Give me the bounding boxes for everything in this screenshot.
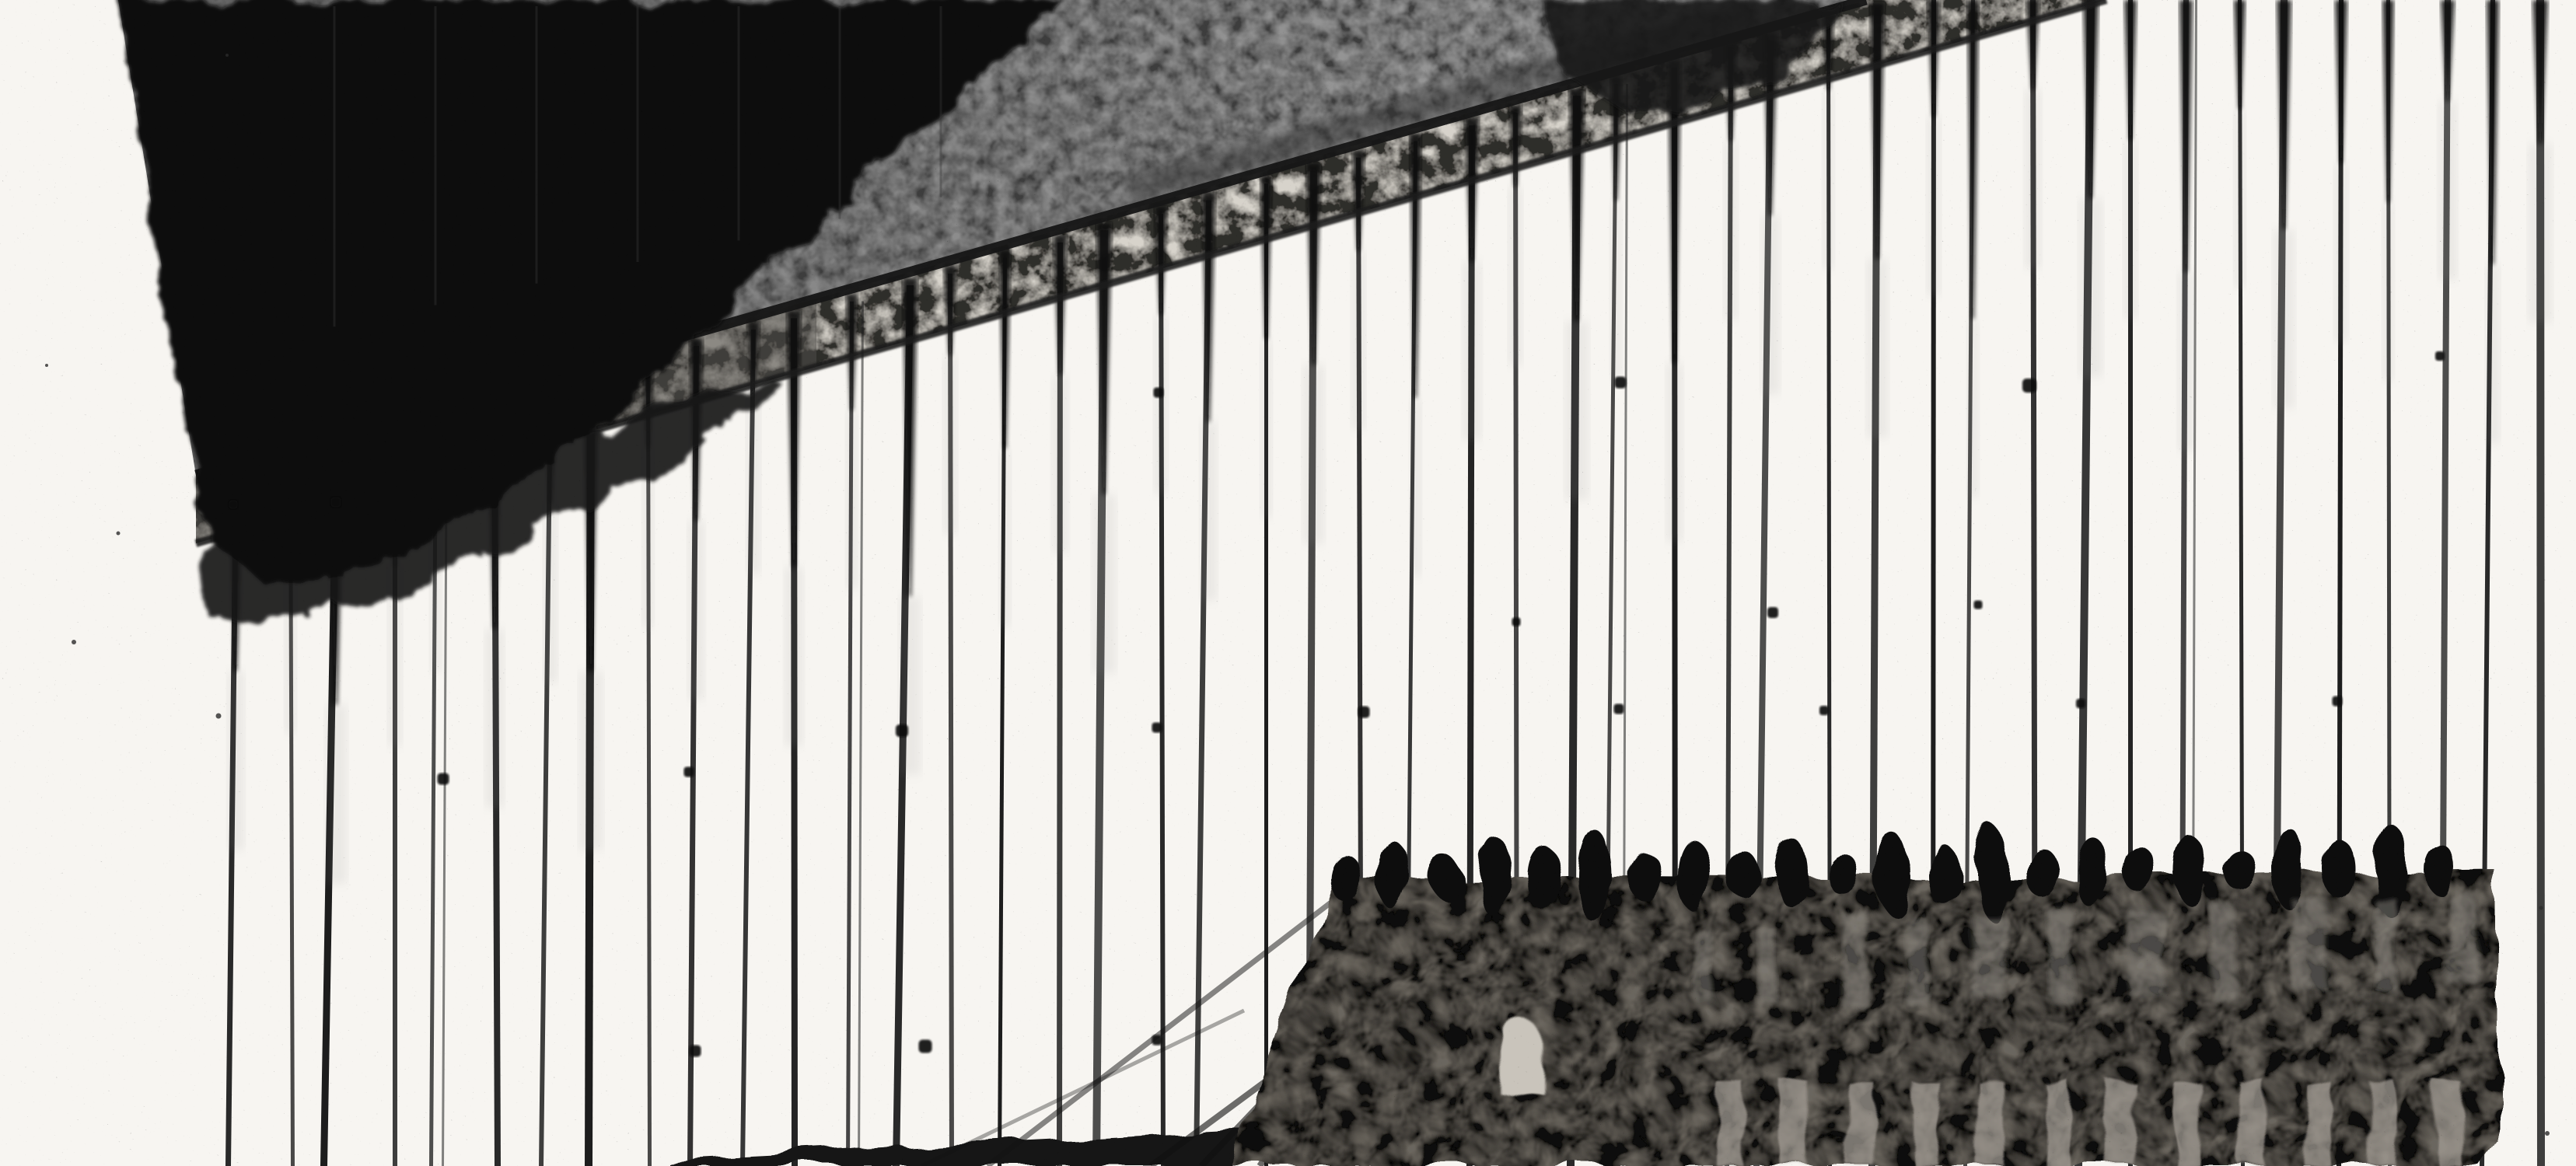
fence-photo-canvas xyxy=(0,0,2576,1166)
paper-grain-overlay xyxy=(0,0,2576,1166)
photocopy-page xyxy=(0,0,2576,1166)
